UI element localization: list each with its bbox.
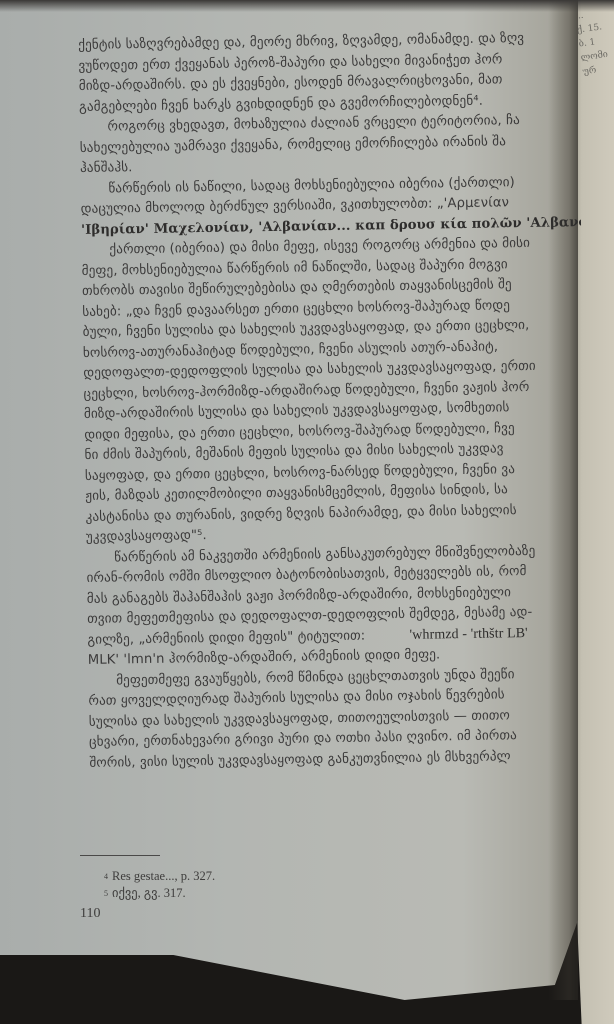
body-text: ქენტის საზღვრებამდე და, მეორე მხრივ, ზღვ… — [78, 28, 590, 774]
footnote-text: Res gestae..., p. 327. — [112, 869, 215, 883]
footnote-mark: 5 — [104, 889, 108, 898]
footnote-mark: 4 — [104, 872, 108, 881]
page-number: 110 — [80, 906, 100, 922]
adjacent-page-margin-notes: ... ქ. 15. ბ. 1 ლომი ურ — [574, 4, 614, 79]
text-segment: გილზე, „არმენიის დიდი მეფის" ტიტულით: — [87, 628, 365, 647]
footnote-text: იქვე, გვ. 317. — [112, 886, 186, 900]
top-shadow — [0, 0, 614, 12]
transliteration: 'whrmzd - 'rthštr LB' — [409, 626, 527, 643]
footnotes: 4Res gestae..., p. 327. 5იქვე, გვ. 317. — [104, 868, 215, 902]
footnote-divider — [80, 855, 160, 856]
footnote: 5იქვე, გვ. 317. — [104, 885, 215, 902]
footnote: 4Res gestae..., p. 327. — [104, 868, 215, 885]
